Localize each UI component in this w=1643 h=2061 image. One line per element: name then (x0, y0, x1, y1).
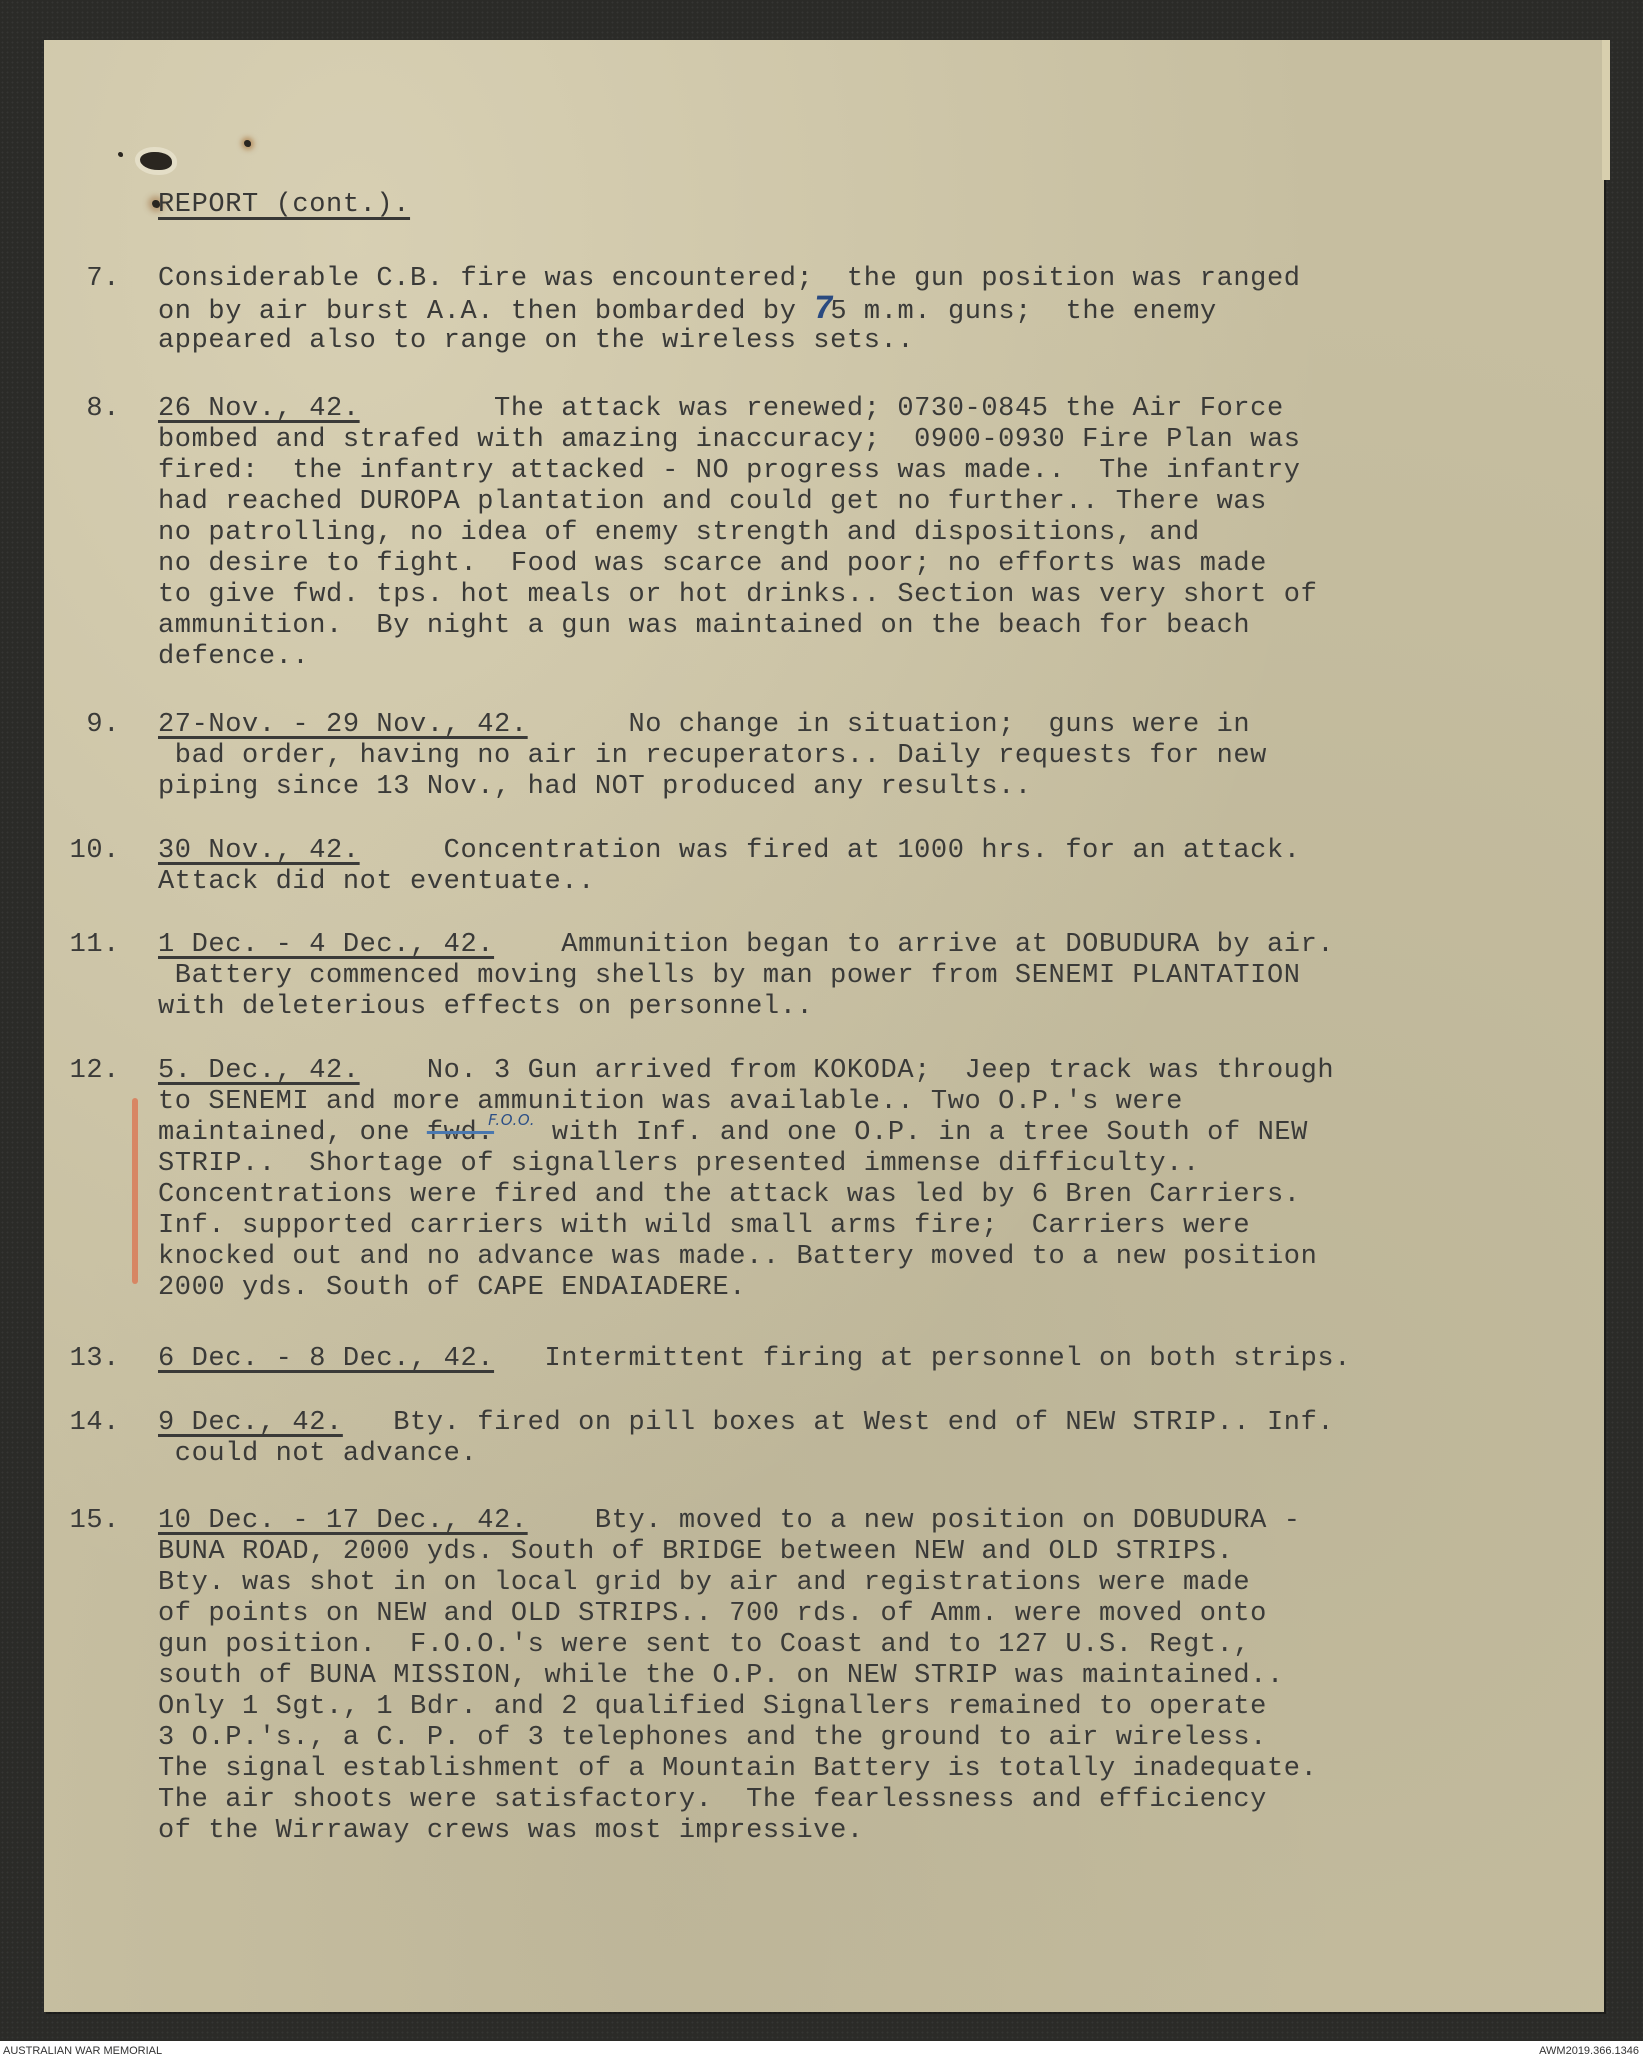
struck-through-word: fwd. (427, 1118, 494, 1148)
text-span: with Inf. and one O.P. in a tree South o… (535, 1118, 1308, 1148)
item-lines: bad order, having no air in recuperators… (158, 741, 1558, 803)
item-number: 11. (60, 930, 120, 961)
item-line: of the Wirraway crews was most impressiv… (158, 1816, 1558, 1847)
item-date: 9 Dec., 42. (158, 1408, 343, 1438)
item-number: 12. (60, 1056, 120, 1087)
item-date: 30 Nov., 42. (158, 836, 360, 866)
item-body: 6 Dec. - 8 Dec., 42. Intermittent firing… (158, 1344, 1558, 1375)
item-first-line: 27-Nov. - 29 Nov., 42. No change in situ… (158, 710, 1558, 741)
item-line: 3 O.P.'s., a C. P. of 3 telephones and t… (158, 1723, 1558, 1754)
item-line: Inf. supported carriers with wild small … (158, 1211, 1558, 1242)
archive-caption-strip: AUSTRALIAN WAR MEMORIAL AWM2019.366.1346 (0, 2041, 1643, 2061)
item-number: 9. (60, 710, 120, 741)
text-span: The attack was renewed; 0730-0845 the Ai… (360, 394, 1284, 424)
item-line: to give fwd. tps. hot meals or hot drink… (158, 580, 1558, 611)
item-body: 1 Dec. - 4 Dec., 42. Ammunition began to… (158, 930, 1558, 1023)
item-line: on by air burst A.A. then bombarded by 7… (158, 295, 1558, 326)
item-line: no patrolling, no idea of enemy strength… (158, 518, 1558, 549)
item-lines: bombed and strafed with amazing inaccura… (158, 425, 1558, 673)
text-span: Concentration was fired at 1000 hrs. for… (360, 836, 1301, 866)
item-body: 10 Dec. - 17 Dec., 42. Bty. moved to a n… (158, 1506, 1558, 1847)
item-line: could not advance. (158, 1439, 1558, 1470)
item-line: Attack did not eventuate.. (158, 867, 1558, 898)
item-body: 30 Nov., 42. Concentration was fired at … (158, 836, 1558, 898)
item-first-line: 10 Dec. - 17 Dec., 42. Bty. moved to a n… (158, 1506, 1558, 1537)
item-number: 7. (60, 264, 120, 295)
item-date: 10 Dec. - 17 Dec., 42. (158, 1506, 528, 1536)
item-line: Battery commenced moving shells by man p… (158, 961, 1558, 992)
item-line: no desire to fight. Food was scarce and … (158, 549, 1558, 580)
item-lines: could not advance. (158, 1439, 1558, 1470)
item-date: 6 Dec. - 8 Dec., 42. (158, 1344, 494, 1374)
text-span: maintained, one (158, 1118, 427, 1148)
item-line: with deleterious effects on personnel.. (158, 992, 1558, 1023)
item-first-line: 26 Nov., 42. The attack was renewed; 073… (158, 394, 1558, 425)
item-line: STRIP.. Shortage of signallers presented… (158, 1149, 1558, 1180)
item-date: 26 Nov., 42. (158, 394, 360, 424)
item-date: 27-Nov. - 29 Nov., 42. (158, 710, 528, 740)
item-number: 8. (60, 394, 120, 425)
item-line: bad order, having no air in recuperators… (158, 741, 1558, 772)
item-number: 13. (60, 1344, 120, 1375)
item-line: to SENEMI and more ammunition was availa… (158, 1087, 1558, 1118)
item-line: The signal establishment of a Mountain B… (158, 1754, 1558, 1785)
item-lines: Battery commenced moving shells by man p… (158, 961, 1558, 1023)
item-first-line: 1 Dec. - 4 Dec., 42. Ammunition began to… (158, 930, 1558, 961)
item-first-line: 6 Dec. - 8 Dec., 42. Intermittent firing… (158, 1344, 1558, 1375)
text-span: on by air burst A.A. then bombarded by (158, 297, 813, 327)
item-lines: BUNA ROAD, 2000 yds. South of BRIDGE bet… (158, 1537, 1558, 1847)
typed-content: REPORT (cont.). 7. Considerable C.B. fir… (0, 0, 1643, 2061)
item-line: knocked out and no advance was made.. Ba… (158, 1242, 1558, 1273)
text-span: Ammunition began to arrive at DOBUDURA b… (494, 930, 1334, 960)
item-line: of points on NEW and OLD STRIPS.. 700 rd… (158, 1599, 1558, 1630)
item-line: ammunition. By night a gun was maintaine… (158, 611, 1558, 642)
item-line: defence.. (158, 642, 1558, 673)
text-span: Intermittent firing at personnel on both… (494, 1344, 1351, 1374)
item-lines: STRIP.. Shortage of signallers presented… (158, 1149, 1558, 1304)
accession-number: AWM2019.366.1346 (1539, 2045, 1639, 2057)
page-heading: REPORT (cont.). (158, 190, 410, 221)
item-body: 9 Dec., 42. Bty. fired on pill boxes at … (158, 1408, 1558, 1470)
text-span: Bty. fired on pill boxes at West end of … (343, 1408, 1334, 1438)
text-span: Bty. moved to a new position on DOBUDURA… (528, 1506, 1301, 1536)
item-line: south of BUNA MISSION, while the O.P. on… (158, 1661, 1558, 1692)
item-lines: Attack did not eventuate.. (158, 867, 1558, 898)
text-span: No. 3 Gun arrived from KOKODA; Jeep trac… (360, 1056, 1335, 1086)
item-line: Concentrations were fired and the attack… (158, 1180, 1558, 1211)
item-number: 10. (60, 836, 120, 867)
handwritten-annotation: F.O.O. (488, 1111, 535, 1129)
item-first-line: 9 Dec., 42. Bty. fired on pill boxes at … (158, 1408, 1558, 1439)
item-number: 15. (60, 1506, 120, 1537)
item-line: fired: the infantry attacked - NO progre… (158, 456, 1558, 487)
item-line: piping since 13 Nov., had NOT produced a… (158, 772, 1558, 803)
item-line: had reached DUROPA plantation and could … (158, 487, 1558, 518)
item-body: Considerable C.B. fire was encountered; … (158, 264, 1558, 357)
institution-label: AUSTRALIAN WAR MEMORIAL (3, 2045, 162, 2057)
item-line: Only 1 Sgt., 1 Bdr. and 2 qualified Sign… (158, 1692, 1558, 1723)
text-span: No change in situation; guns were in (528, 710, 1251, 740)
item-line: Bty. was shot in on local grid by air an… (158, 1568, 1558, 1599)
item-date: 5. Dec., 42. (158, 1056, 360, 1086)
item-line: The air shoots were satisfactory. The fe… (158, 1785, 1558, 1816)
item-date: 1 Dec. - 4 Dec., 42. (158, 930, 494, 960)
item-body: 5. Dec., 42. No. 3 Gun arrived from KOKO… (158, 1056, 1558, 1304)
item-line: appeared also to range on the wireless s… (158, 326, 1558, 357)
item-line: Considerable C.B. fire was encountered; … (158, 264, 1558, 295)
item-line: bombed and strafed with amazing inaccura… (158, 425, 1558, 456)
text-span: 5 m.m. guns; the enemy (830, 297, 1216, 327)
item-body: 26 Nov., 42. The attack was renewed; 073… (158, 394, 1558, 673)
item-body: 27-Nov. - 29 Nov., 42. No change in situ… (158, 710, 1558, 803)
item-line: 2000 yds. South of CAPE ENDAIADERE. (158, 1273, 1558, 1304)
item-first-line: 5. Dec., 42. No. 3 Gun arrived from KOKO… (158, 1056, 1558, 1087)
item-line: maintained, one fwd.F.O.O. with Inf. and… (158, 1118, 1558, 1149)
item-line: BUNA ROAD, 2000 yds. South of BRIDGE bet… (158, 1537, 1558, 1568)
item-first-line: 30 Nov., 42. Concentration was fired at … (158, 836, 1558, 867)
item-line: gun position. F.O.O.'s were sent to Coas… (158, 1630, 1558, 1661)
item-number: 14. (60, 1408, 120, 1439)
